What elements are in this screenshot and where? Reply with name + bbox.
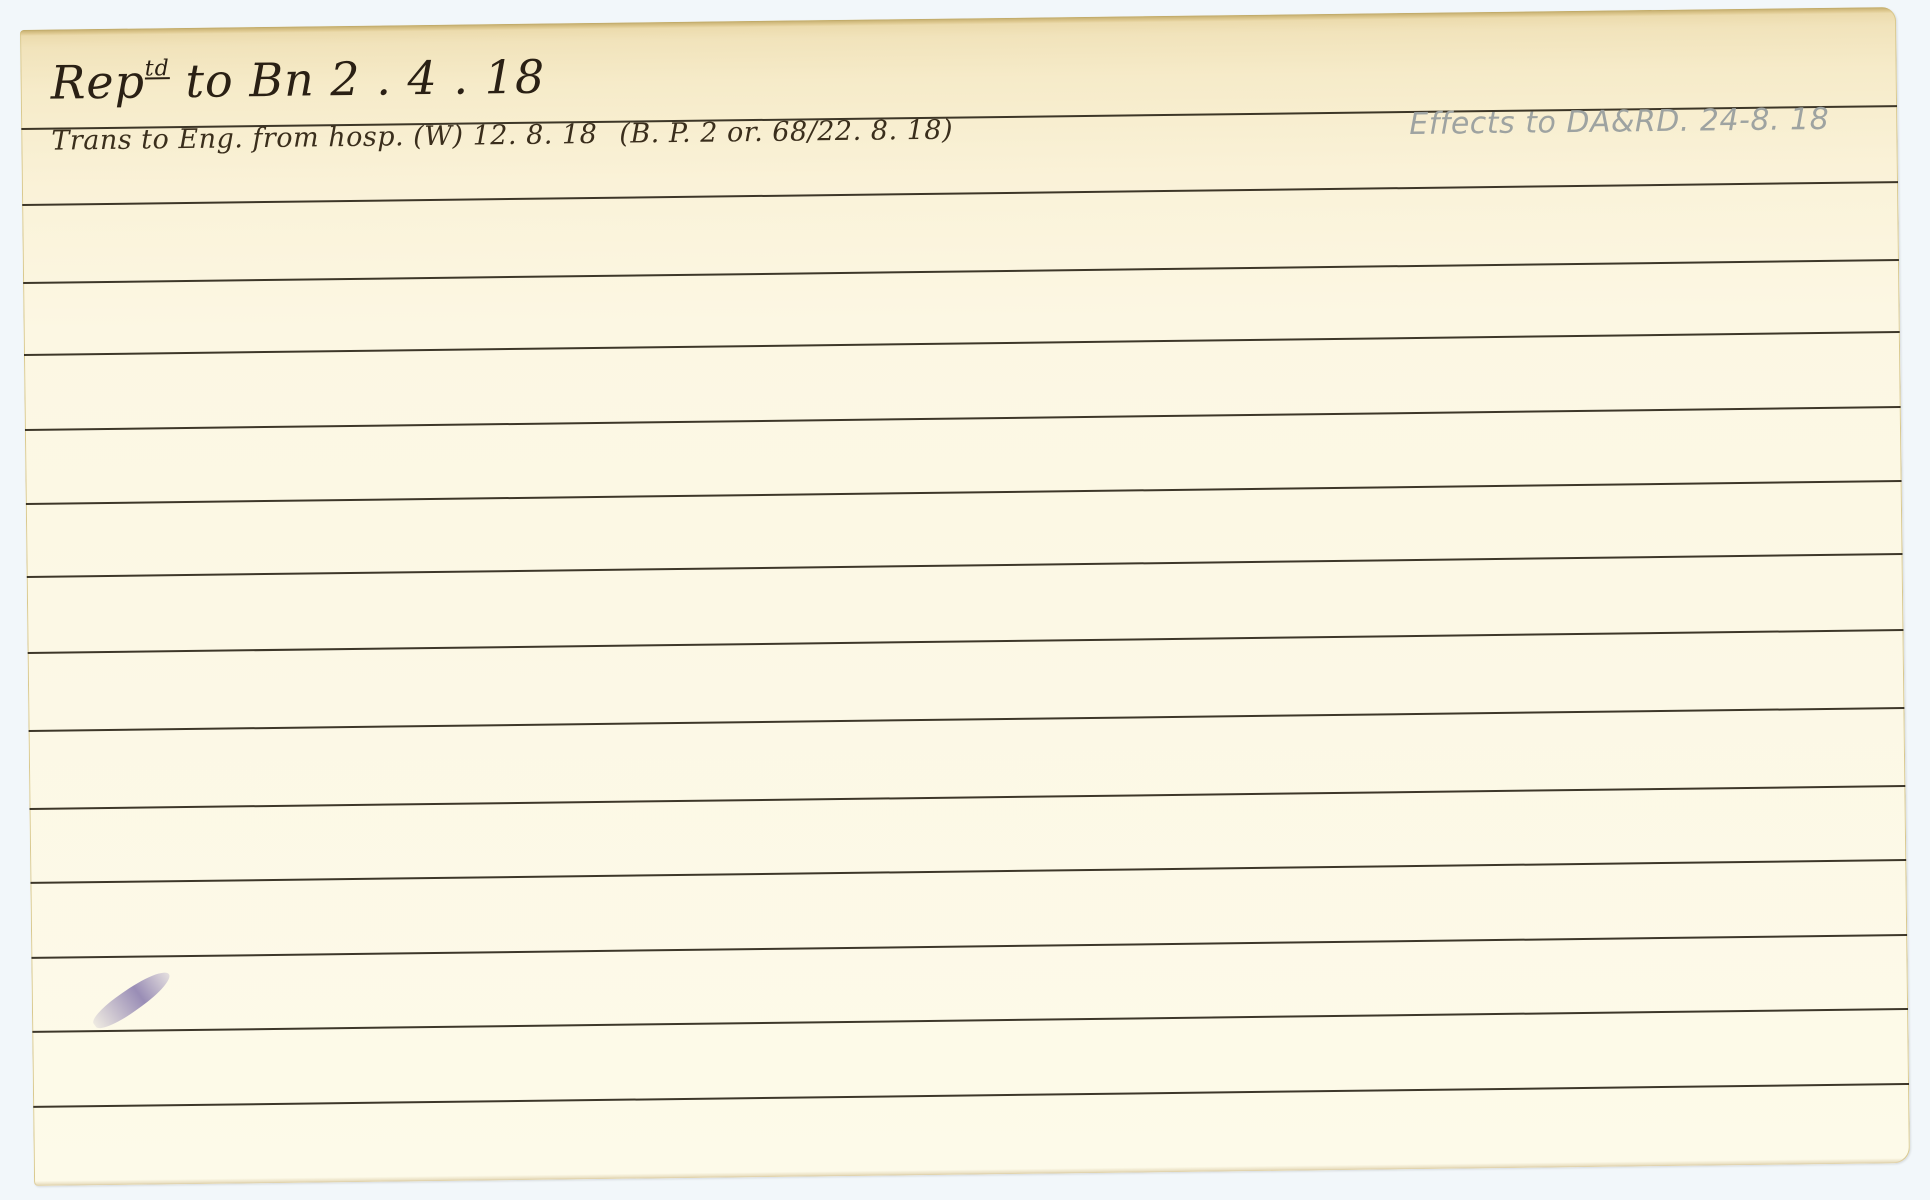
ruled-line xyxy=(24,331,1900,356)
entry-transfer-to-england: Trans to Eng. from hosp. (W) 12. 8. 18(B… xyxy=(51,115,953,157)
entry-transfer-text: Trans to Eng. from hosp. (W) 12. 8. 18 xyxy=(51,119,597,157)
entry-text-main: Rep xyxy=(50,54,145,109)
ink-stain xyxy=(89,965,175,1035)
ruled-line xyxy=(27,553,1903,578)
entry-text-rest: to Bn 2 . 4 . 18 xyxy=(170,50,546,109)
ruled-line xyxy=(22,181,1898,206)
ruled-line xyxy=(25,406,1901,431)
entry-reference-text: (B. P. 2 or. 68/22. 8. 18) xyxy=(619,115,953,150)
ruled-line xyxy=(30,785,1906,810)
ruled-line xyxy=(23,259,1899,284)
ruled-line xyxy=(29,707,1905,732)
pencil-note-effects: Effects to DA&RD. 24-8. 18 xyxy=(1409,102,1829,142)
ruled-line xyxy=(33,1083,1909,1108)
ruled-line xyxy=(30,859,1906,884)
ruled-line xyxy=(26,480,1902,505)
entry-superscript: td xyxy=(145,56,170,81)
entry-reported-to-battalion: Reptd to Bn 2 . 4 . 18 xyxy=(50,50,545,110)
record-card: Reptd to Bn 2 . 4 . 18 Trans to Eng. fro… xyxy=(20,7,1910,1186)
ruled-line xyxy=(32,1008,1908,1033)
ruled-line xyxy=(31,934,1907,959)
ruled-line xyxy=(28,629,1904,654)
